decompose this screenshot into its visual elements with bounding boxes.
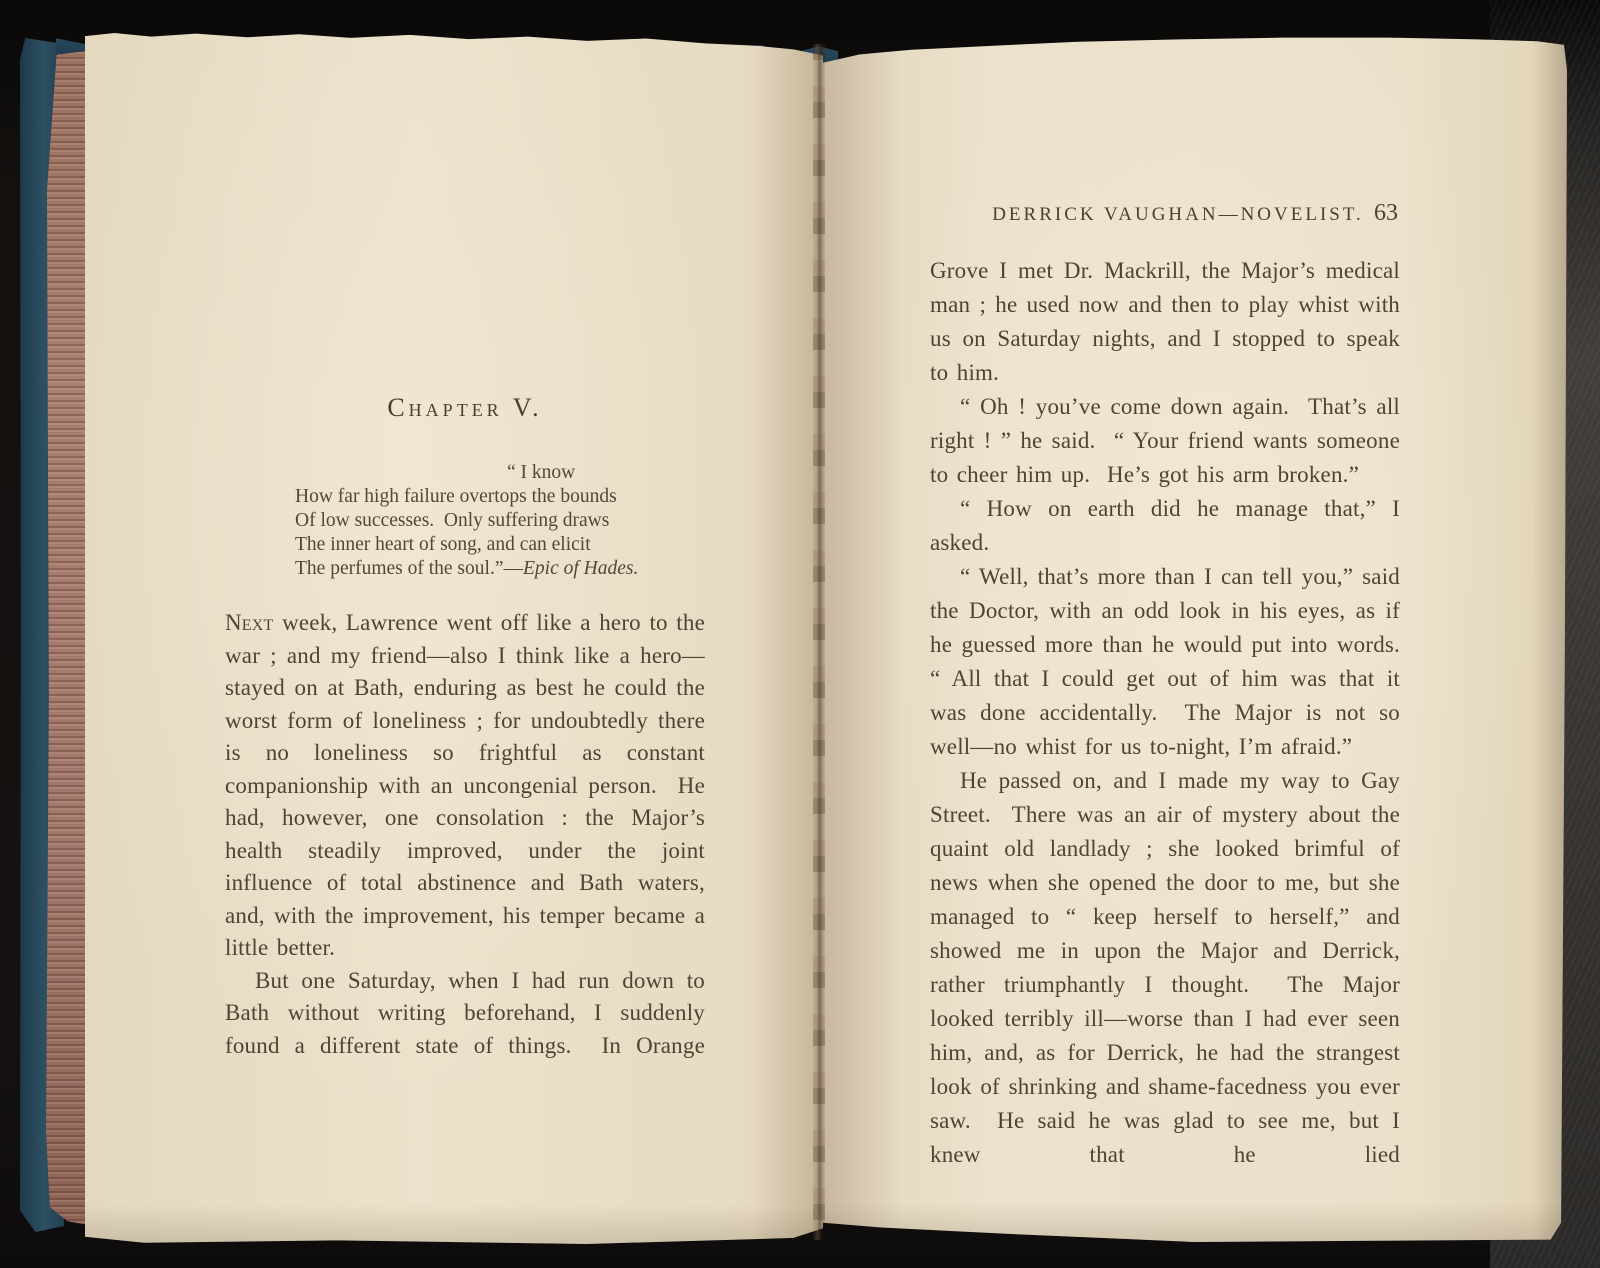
paragraph: But one Saturday, when I had run down to… bbox=[225, 965, 705, 1063]
paragraph: “ How on earth did he manage that,” I as… bbox=[930, 492, 1400, 560]
right-page-body: Grove I met Dr. Mackrill, the Major’s me… bbox=[930, 254, 1400, 1172]
running-header-row: DERRICK VAUGHAN—NOVELIST. 63 bbox=[930, 204, 1400, 234]
right-page-gutter-shadow bbox=[822, 34, 902, 1242]
paragraph-lead-word: Next bbox=[225, 610, 274, 635]
gutter-seam bbox=[813, 44, 825, 1240]
running-header: DERRICK VAUGHAN—NOVELIST. bbox=[930, 204, 1400, 226]
paragraph-text: week, Lawrence went off like a hero to t… bbox=[225, 610, 705, 960]
open-book-photo: Chapter V. “ I know How far high failure… bbox=[0, 0, 1600, 1268]
epigraph-line: How far high failure overtops the bounds bbox=[295, 485, 670, 509]
epigraph-line: The inner heart of song, and can elicit bbox=[295, 533, 670, 557]
right-page: DERRICK VAUGHAN—NOVELIST. 63 Grove I met… bbox=[822, 34, 1567, 1242]
left-page-bottom-shadow bbox=[85, 1204, 823, 1244]
epigraph-line: Of low successes. Only suffering draws bbox=[295, 509, 670, 533]
right-page-bottom-shadow bbox=[822, 1202, 1567, 1242]
paragraph: “ Well, that’s more than I can tell you,… bbox=[930, 560, 1400, 764]
chapter-heading: Chapter V. bbox=[225, 393, 705, 423]
left-page-text-block: Chapter V. “ I know How far high failure… bbox=[225, 393, 705, 1062]
epigraph-closing-words: The perfumes of the soul.”— bbox=[295, 558, 523, 579]
page-number: 63 bbox=[1374, 200, 1398, 227]
paragraph: Next week, Lawrence went off like a hero… bbox=[225, 607, 705, 965]
paragraph: “ Oh ! you’ve come down again. That’s al… bbox=[930, 390, 1400, 492]
right-page-text-block: DERRICK VAUGHAN—NOVELIST. 63 Grove I met… bbox=[930, 204, 1400, 1172]
paragraph: He passed on, and I made my way to Gay S… bbox=[930, 764, 1400, 1172]
right-page-edge-shadow bbox=[1533, 34, 1567, 1242]
epigraph-source-title: Epic of Hades. bbox=[523, 558, 638, 579]
epigraph: “ I know How far high failure overtops t… bbox=[295, 461, 670, 581]
left-page: Chapter V. “ I know How far high failure… bbox=[85, 30, 823, 1244]
epigraph-attribution-line: The perfumes of the soul.”—Epic of Hades… bbox=[295, 557, 670, 581]
paragraph: Grove I met Dr. Mackrill, the Major’s me… bbox=[930, 254, 1400, 390]
epigraph-line: “ I know bbox=[295, 461, 670, 485]
